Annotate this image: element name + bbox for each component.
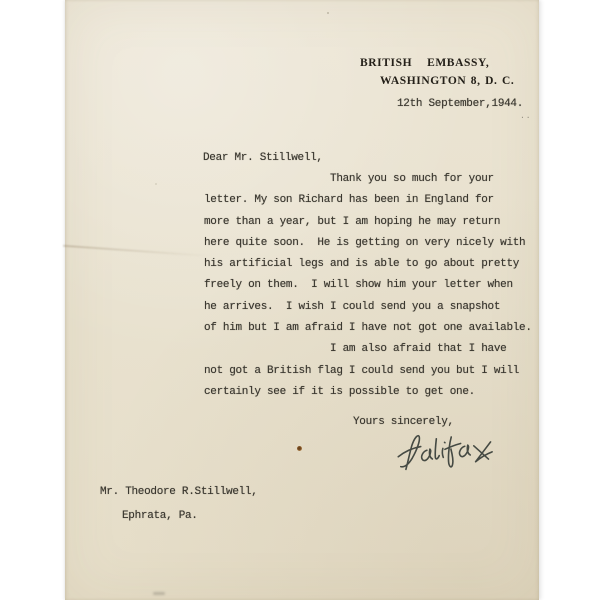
letter-paper: BRITISH EMBASSY, WASHINGTON 8, D. C. 12t… xyxy=(65,0,539,600)
body-line: he arrives. I wish I could send you a sn… xyxy=(204,297,532,318)
body-line: more than a year, but I am hoping he may… xyxy=(204,212,532,233)
body-line: Thank you so much for your xyxy=(204,169,532,190)
letter-date: 12th September,1944. xyxy=(397,98,523,110)
body-line: I am also afraid that I have xyxy=(204,339,532,360)
body-line: not got a British flag I could send you … xyxy=(204,361,532,382)
closing: Yours sincerely, xyxy=(353,416,454,428)
handwritten-signature xyxy=(395,430,507,472)
ink-spot xyxy=(297,446,302,451)
body-line: freely on them. I will show him your let… xyxy=(204,275,532,296)
body-line: certainly see if it is possible to get o… xyxy=(204,382,532,403)
letterhead-line1: BRITISH EMBASSY, xyxy=(360,57,489,69)
dust-marks: .. xyxy=(520,112,532,121)
letterhead-line2: WASHINGTON 8, D. C. xyxy=(380,75,514,87)
body-line: of him but I am afraid I have not got on… xyxy=(204,318,532,339)
paper-smudge xyxy=(153,592,165,595)
paper-speck xyxy=(155,183,157,185)
body-line: letter. My son Richard has been in Engla… xyxy=(204,190,532,211)
scanned-letter-page: { "document": { "letterhead": { "line1":… xyxy=(0,0,600,600)
letter-body: Thank you so much for your letter. My so… xyxy=(204,169,532,403)
recipient-line1: Mr. Theodore R.Stillwell, xyxy=(100,486,258,498)
salutation: Dear Mr. Stillwell, xyxy=(203,152,323,164)
body-line: his artificial legs and is able to go ab… xyxy=(204,254,532,275)
paper-crease xyxy=(63,245,213,257)
paper-speck xyxy=(327,12,329,14)
recipient-line2: Ephrata, Pa. xyxy=(122,510,198,522)
body-line: here quite soon. He is getting on very n… xyxy=(204,233,532,254)
